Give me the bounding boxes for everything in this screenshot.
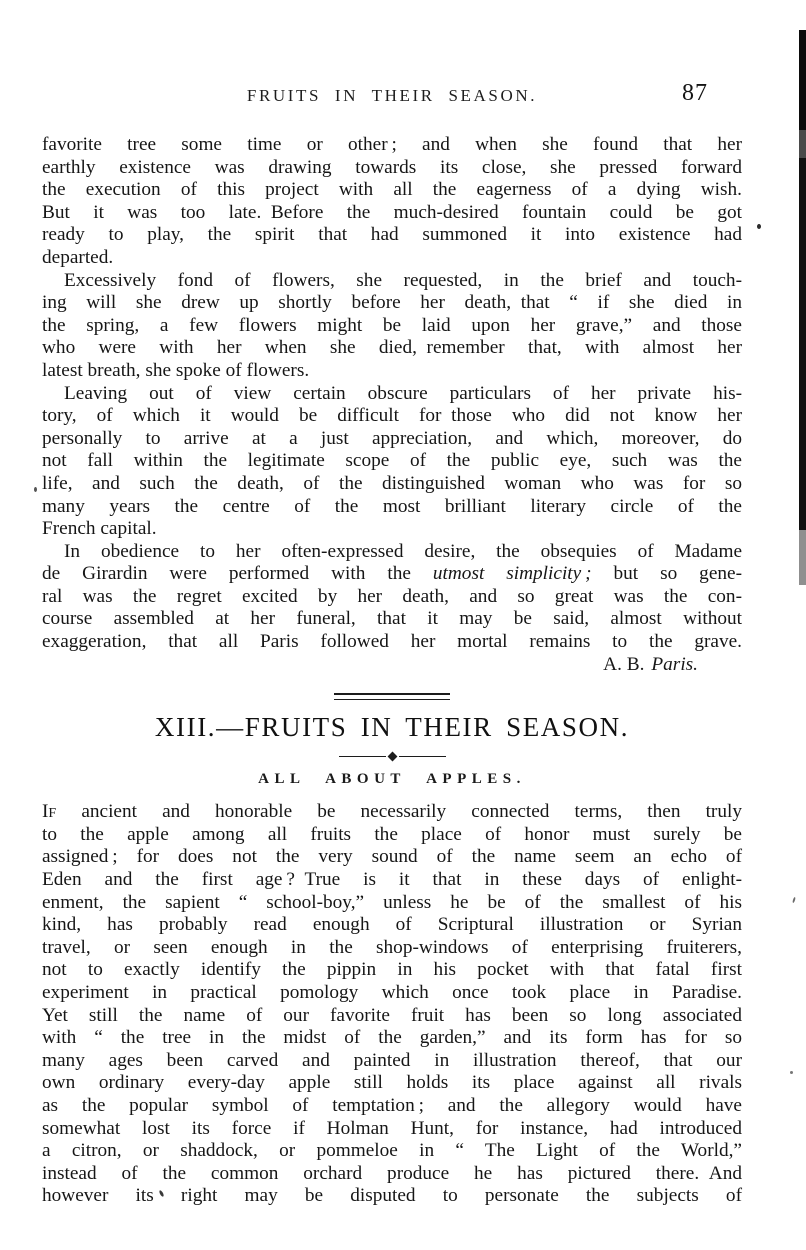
text-run: but so gene- — [592, 563, 742, 584]
text-line: kind, has probably read enough of Script… — [42, 914, 742, 937]
text-line: In obedience to her often-expressed desi… — [42, 541, 742, 564]
paragraph-continuation: favorite tree some time or other ; and w… — [42, 134, 742, 270]
text-line: exaggeration, that all Paris followed he… — [42, 631, 742, 654]
text-line: personally to arrive at a just appreciat… — [42, 428, 742, 451]
text-line: French capital. — [42, 518, 742, 541]
scan-speck — [792, 897, 796, 903]
text-line: travel, or seen enough in the shop-windo… — [42, 937, 742, 960]
signature-line: A. B.Paris. — [42, 654, 742, 677]
text-line: with “ the tree in the midst of the gard… — [42, 1027, 742, 1050]
page-header: FRUITS IN THEIR SEASON. 87 — [42, 86, 742, 110]
paragraph-lead: If ancient and honorable be necessarily … — [42, 801, 742, 1208]
text-run: ancient and honorable be necessarily con… — [56, 801, 742, 822]
text-line: enment, the sapient “ school-boy,” unles… — [42, 892, 742, 915]
text-line: who were with her when she died, remembe… — [42, 337, 742, 360]
text-line: life, and such the death, of the disting… — [42, 473, 742, 496]
text-line: the execution of this project with all t… — [42, 179, 742, 202]
text-line: Eden and the first age ? True is it that… — [42, 869, 742, 892]
text-run: de Girardin were performed with the — [42, 563, 433, 584]
text-line: course assembled at her funeral, that it… — [42, 608, 742, 631]
text-line: the spring, a few flowers might be laid … — [42, 315, 742, 338]
text-line: latest breath, she spoke of flowers. — [42, 360, 742, 383]
text-line: not to exactly identify the pippin in hi… — [42, 959, 742, 982]
scan-speck — [757, 224, 761, 229]
section-subheading: ALL ABOUT APPLES. — [42, 771, 742, 788]
paragraph: In obedience to her often-expressed desi… — [42, 541, 742, 654]
text-line: ing will she drew up shortly before her … — [42, 292, 742, 315]
signature-initials: A. B. — [603, 654, 644, 675]
text-block: FRUITS IN THEIR SEASON. 87 favorite tree… — [42, 86, 742, 1208]
text-line: not fall within the legitimate scope of … — [42, 450, 742, 473]
text-line: tory, of which it would be difficult for… — [42, 405, 742, 428]
text-line: to the apple among all fruits the place … — [42, 824, 742, 847]
text-line: But it was too late. Before the much-des… — [42, 202, 742, 225]
text-line: earthly existence was drawing towards it… — [42, 157, 742, 180]
text-line: departed. — [42, 247, 742, 270]
italic-phrase: utmost simplicity ; — [433, 563, 592, 584]
text-line: favorite tree some time or other ; and w… — [42, 134, 742, 157]
scan-speck — [34, 487, 37, 492]
text-line: many years the centre of the most brilli… — [42, 496, 742, 519]
paragraph: Leaving out of view certain obscure part… — [42, 383, 742, 541]
rule-line — [399, 756, 446, 758]
text-line: de Girardin were performed with the utmo… — [42, 563, 742, 586]
text-line: a citron, or shaddock, or pommeloe in “ … — [42, 1140, 742, 1163]
text-line: as the popular symbol of temptation ; an… — [42, 1095, 742, 1118]
text-line: Excessively fond of flowers, she request… — [42, 270, 742, 293]
text-line: assigned ; for does not the very sound o… — [42, 846, 742, 869]
text-line: ral was the regret excited by her death,… — [42, 586, 742, 609]
text-line: however its right may be disputed to per… — [42, 1185, 742, 1208]
chapter-heading: XIII.—FRUITS IN THEIR SEASON. — [42, 712, 742, 743]
text-line: instead of the common orchard produce he… — [42, 1163, 742, 1186]
text-line: somewhat lost its force if Holman Hunt, … — [42, 1118, 742, 1141]
smallcaps-lead-word: If — [42, 801, 56, 822]
text-line: If ancient and honorable be necessarily … — [42, 801, 742, 824]
text-line: Leaving out of view certain obscure part… — [42, 383, 742, 406]
running-head: FRUITS IN THEIR SEASON. — [42, 86, 742, 106]
paragraph: Excessively fond of flowers, she request… — [42, 270, 742, 383]
page-number: 87 — [682, 80, 708, 107]
diamond-rule — [42, 752, 742, 760]
text-line: own ordinary every-day apple still holds… — [42, 1072, 742, 1095]
rule-line — [339, 756, 386, 758]
text-line: experiment in practical pomology which o… — [42, 982, 742, 1005]
text-line: Yet still the name of our favorite fruit… — [42, 1005, 742, 1028]
diamond-icon — [387, 751, 397, 761]
signature-place: Paris. — [651, 654, 698, 675]
text-line: many ages been carved and painted in ill… — [42, 1050, 742, 1073]
section-divider-rule — [334, 693, 450, 700]
scan-speck — [790, 1071, 793, 1074]
book-page: FRUITS IN THEIR SEASON. 87 favorite tree… — [0, 0, 806, 1250]
text-line: ready to play, the spirit that had summo… — [42, 224, 742, 247]
scan-gutter-bar — [799, 30, 806, 585]
